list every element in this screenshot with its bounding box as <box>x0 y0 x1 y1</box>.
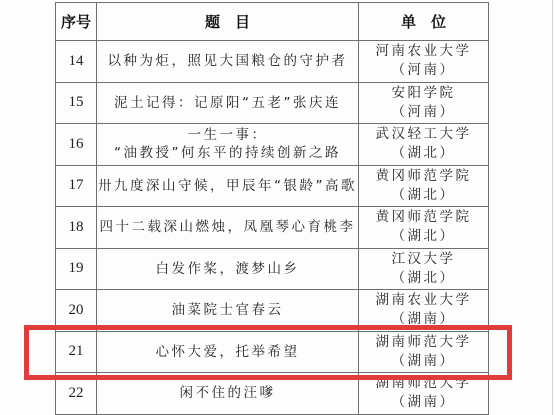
title-line: 白发作桨，渡梦山乡 <box>97 260 358 278</box>
row-unit: 黄冈师范学院（湖北） <box>359 207 489 249</box>
row-number: 19 <box>56 248 97 290</box>
title-line: 卅九度深山守候，甲辰年“银龄”高歌 <box>97 177 358 195</box>
table-row: 22 闲不住的汪嗲 湖南师范大学（湖南） <box>56 373 489 415</box>
title-line: 四十二载深山燃烛，凤凰琴心育桃李 <box>97 218 358 236</box>
row-number: 20 <box>56 290 97 332</box>
table-row: 17 卅九度深山守候，甲辰年“银龄”高歌 黄冈师范学院（湖北） <box>56 165 489 207</box>
row-unit: 湖南农业大学（湖南） <box>359 290 489 332</box>
title-line: “油教授”何东平的持续创新之路 <box>97 144 358 162</box>
row-title: 一生一事：“油教授”何东平的持续创新之路 <box>97 124 359 166</box>
unit-province: （湖北） <box>359 269 488 288</box>
table-row: 18 四十二载深山燃烛，凤凰琴心育桃李 黄冈师范学院（湖北） <box>56 207 489 249</box>
table-row-highlighted: 21 心怀大爱，托举希望 湖南师范大学（湖南） <box>56 331 489 373</box>
row-number: 18 <box>56 207 97 249</box>
row-title: 四十二载深山燃烛，凤凰琴心育桃李 <box>97 207 359 249</box>
unit-province: （湖南） <box>359 352 488 371</box>
row-number: 14 <box>56 41 97 83</box>
row-number: 17 <box>56 165 97 207</box>
unit-name: 江汉大学 <box>359 250 488 269</box>
unit-name: 武汉轻工大学 <box>359 125 488 144</box>
title-line: 以种为炬，照见大国粮仓的守护者 <box>97 52 358 70</box>
row-unit: 黄冈师范学院（湖北） <box>359 165 489 207</box>
row-unit: 湖南师范大学（湖南） <box>359 373 489 415</box>
unit-name: 安阳学院 <box>359 84 488 103</box>
row-title: 心怀大爱，托举希望 <box>97 331 359 373</box>
row-title: 白发作桨，渡梦山乡 <box>97 248 359 290</box>
unit-name: 黄冈师范学院 <box>359 167 488 186</box>
unit-province: （湖北） <box>359 144 488 163</box>
title-line: 一生一事： <box>97 126 358 144</box>
document-page: 序号 题 目 单 位 14 以种为炬，照见大国粮仓的守护者 河南农业大学（河南）… <box>0 0 554 415</box>
row-number: 15 <box>56 82 97 124</box>
award-table: 序号 题 目 单 位 14 以种为炬，照见大国粮仓的守护者 河南农业大学（河南）… <box>55 2 489 415</box>
unit-name: 黄冈师范学院 <box>359 208 488 227</box>
title-line: 心怀大爱，托举希望 <box>97 343 358 361</box>
row-title: 以种为炬，照见大国粮仓的守护者 <box>97 41 359 83</box>
unit-name: 湖南师范大学 <box>359 333 488 352</box>
unit-province: （湖南） <box>359 393 488 412</box>
title-line: 泥土记得：记原阳“五老”张庆连 <box>97 94 358 112</box>
unit-province: （湖北） <box>359 186 488 205</box>
unit-name: 湖南师范大学 <box>359 374 488 393</box>
row-unit: 武汉轻工大学（湖北） <box>359 124 489 166</box>
row-title: 泥土记得：记原阳“五老”张庆连 <box>97 82 359 124</box>
row-title: 闲不住的汪嗲 <box>97 373 359 415</box>
title-line: 油菜院士官春云 <box>97 301 358 319</box>
unit-province: （河南） <box>359 61 488 80</box>
table-row: 15 泥土记得：记原阳“五老”张庆连 安阳学院（河南） <box>56 82 489 124</box>
table-row: 16 一生一事：“油教授”何东平的持续创新之路 武汉轻工大学（湖北） <box>56 124 489 166</box>
header-no: 序号 <box>56 3 97 41</box>
row-unit: 江汉大学（湖北） <box>359 248 489 290</box>
row-number: 21 <box>56 331 97 373</box>
unit-province: （湖北） <box>359 227 488 246</box>
page-edge <box>552 0 553 415</box>
table-row: 19 白发作桨，渡梦山乡 江汉大学（湖北） <box>56 248 489 290</box>
table-header-row: 序号 题 目 单 位 <box>56 3 489 41</box>
row-title: 油菜院士官春云 <box>97 290 359 332</box>
row-unit: 湖南师范大学（湖南） <box>359 331 489 373</box>
row-title: 卅九度深山守候，甲辰年“银龄”高歌 <box>97 165 359 207</box>
table-row: 14 以种为炬，照见大国粮仓的守护者 河南农业大学（河南） <box>56 41 489 83</box>
unit-province: （河南） <box>359 103 488 122</box>
unit-province: （湖南） <box>359 310 488 329</box>
header-title: 题 目 <box>97 3 359 41</box>
header-unit: 单 位 <box>359 3 489 41</box>
unit-name: 湖南农业大学 <box>359 291 488 310</box>
unit-name: 河南农业大学 <box>359 42 488 61</box>
row-number: 16 <box>56 124 97 166</box>
row-unit: 安阳学院（河南） <box>359 82 489 124</box>
row-unit: 河南农业大学（河南） <box>359 41 489 83</box>
title-line: 闲不住的汪嗲 <box>97 384 358 402</box>
table-row: 20 油菜院士官春云 湖南农业大学（湖南） <box>56 290 489 332</box>
row-number: 22 <box>56 373 97 415</box>
